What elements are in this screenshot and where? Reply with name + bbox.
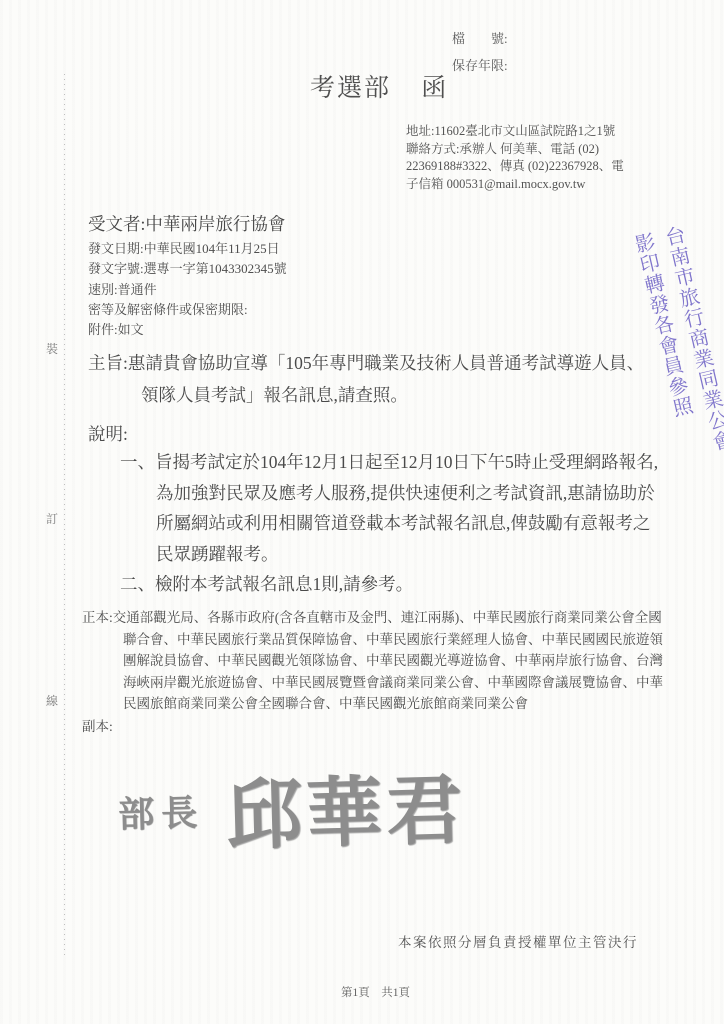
sender-address: 地址:11602臺北市文山區試院路1之1號	[406, 123, 718, 141]
subject-paragraph: 主旨:惠請貴會協助宣導「105年專門職業及技術人員普通考試導遊人員、領隊人員考試…	[88, 347, 646, 411]
file-number-block: 檔 號: 保存年限:	[452, 25, 508, 79]
speed-value: 普通件	[118, 282, 157, 297]
copy-recipients-label: 副本:	[82, 716, 670, 738]
retention-period-label: 保存年限:	[452, 52, 508, 79]
doc-number-label: 發文字號:	[88, 261, 144, 276]
meta-row-attachment: 附件:如文	[88, 320, 287, 340]
distribution-block: 正本:交通部觀光局、各縣市政府(含各直轄市及金門、連江兩縣)、中華民國旅行商業同…	[82, 607, 670, 737]
subject-text: 惠請貴會協助宣導「105年專門職業及技術人員普通考試導遊人員、領隊人員考試」報名…	[128, 353, 644, 405]
subject-label: 主旨:	[88, 353, 128, 373]
item-1-number: 一、	[120, 452, 155, 472]
issue-date-label: 發文日期:	[88, 241, 144, 256]
decision-authority-note: 本案依照分層負責授權單位主管決行	[398, 931, 638, 951]
meta-row-security: 密等及解密條件或保密期限:	[88, 300, 287, 320]
signature-title: 部長	[117, 784, 204, 837]
explanation-item-1: 一、旨揭考試定於104年12月1日起至12月10日下午5時止受理網路報名,為加強…	[120, 447, 662, 569]
explanation-items: 一、旨揭考試定於104年12月1日起至12月10日下午5時止受理網路報名,為加強…	[120, 447, 662, 600]
sender-phone-fax: 22369188#3322、傳真 (02)22367928、電	[406, 158, 718, 176]
page-number: 第1頁 共1頁	[341, 984, 410, 1000]
original-label: 正本:	[82, 610, 113, 625]
speed-label: 速別:	[88, 282, 118, 297]
doc-number-value: 選專一字第1043302345號	[144, 261, 287, 276]
issue-date-value: 中華民國104年11月25日	[144, 241, 280, 256]
sender-contact-block: 地址:11602臺北市文山區試院路1之1號 聯絡方式:承辦人 何美華、電話 (0…	[406, 123, 718, 193]
signature-name: 邱華君	[225, 748, 468, 863]
sender-email: 子信箱 000531@mail.mocx.gov.tw	[406, 176, 718, 194]
recipient-label: 受文者:	[88, 214, 145, 234]
item-1-text: 旨揭考試定於104年12月1日起至12月10日下午5時止受理網路報名,為加強對民…	[155, 452, 658, 564]
attachment-label: 附件:	[88, 322, 118, 337]
meta-row-issue-date: 發文日期:中華民國104年11月25日	[88, 239, 287, 259]
file-number-label: 檔 號:	[452, 25, 508, 52]
document-type: 函	[421, 75, 448, 102]
recipient-value: 中華兩岸旅行協會	[145, 214, 285, 234]
explanation-item-2: 二、檢附本考試報名訊息1則,請參考。	[120, 569, 662, 600]
item-2-text: 檢附本考試報名訊息1則,請參考。	[155, 574, 413, 594]
meta-row-speed: 速別:普通件	[88, 280, 287, 300]
document-title: 考選部 函	[310, 68, 448, 104]
subject-block: 主旨:惠請貴會協助宣導「105年專門職業及技術人員普通考試導遊人員、領隊人員考試…	[88, 347, 646, 411]
attachment-value: 如文	[118, 322, 144, 337]
margin-mark-thread: 線	[45, 692, 59, 709]
sender-contact-person: 聯絡方式:承辦人 何美華、電話 (02)	[406, 141, 718, 159]
explanation-label: 說明:	[88, 421, 128, 446]
minister-signature: 部長 邱華君	[116, 737, 499, 877]
meta-row-doc-number: 發文字號:選專一字第1043302345號	[88, 259, 287, 279]
issuing-agency: 考選部	[310, 75, 391, 102]
margin-mark-staple: 訂	[45, 510, 59, 527]
original-recipients: 正本:交通部觀光局、各縣市政府(含各直轄市及金門、連江兩縣)、中華民國旅行商業同…	[82, 607, 670, 715]
security-label: 密等及解密條件或保密期限:	[88, 302, 248, 317]
item-2-number: 二、	[120, 574, 155, 594]
binding-dotted-line	[64, 74, 65, 958]
forwarding-stamp: 台南市旅行商業同業公會 影印轉發各會員參照	[625, 223, 724, 463]
recipient-line: 受文者:中華兩岸旅行協會	[88, 211, 285, 236]
original-list: 交通部觀光局、各縣市政府(含各直轄市及金門、連江兩縣)、中華民國旅行商業同業公會…	[113, 610, 663, 711]
scanned-official-letter: 裝 訂 線 檔 號: 保存年限: 考選部 函 地址:11602臺北市文山區試院路…	[0, 0, 724, 1024]
margin-mark-binding: 裝	[45, 340, 59, 357]
document-meta-block: 發文日期:中華民國104年11月25日 發文字號:選專一字第1043302345…	[88, 239, 287, 340]
